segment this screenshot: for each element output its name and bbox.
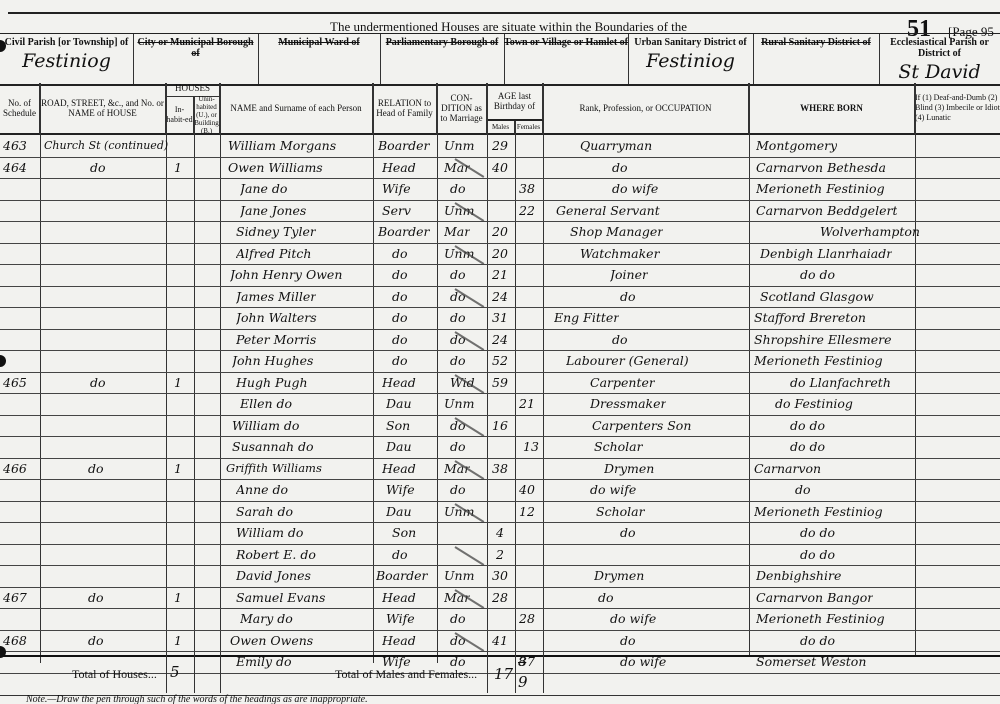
occupation-cell: do wife — [612, 178, 658, 200]
municipal-ward-field: Municipal Ward of — [258, 34, 381, 84]
name-cell: Hugh Pugh — [236, 372, 308, 394]
field-value: St David — [879, 61, 1000, 83]
relation-cell: Boarder — [378, 221, 430, 243]
female-age-cell: 21 — [519, 393, 535, 415]
civil-parish-field: Civil Parish [or Township] of Festiniog — [0, 34, 134, 84]
name-cell: William Morgans — [228, 135, 336, 157]
rural-sanitary-field: Rural Sanitary District of — [753, 34, 880, 84]
col-occupation: Rank, Profession, or OCCUPATION — [543, 83, 749, 135]
schedule-cell: 466 — [3, 458, 27, 480]
relation-cell: Head — [382, 458, 416, 480]
male-age-cell: 38 — [492, 458, 508, 480]
birthplace-cell: Merioneth Festiniog — [754, 350, 883, 372]
road-cell: do — [88, 630, 104, 652]
name-cell: Griffith Williams — [226, 458, 322, 480]
relation-cell: do — [392, 350, 408, 372]
occupation-cell: do — [620, 630, 636, 652]
male-age-cell: 20 — [492, 243, 508, 265]
relation-cell: Wife — [382, 178, 411, 200]
town-village-field: Town or Village or Hamlet of — [504, 34, 629, 84]
occupation-cell: do — [612, 157, 628, 179]
table-row: Jane Jones Serv Unm 22 General Servant C… — [0, 200, 1000, 223]
relation-cell: Boarder — [378, 135, 430, 157]
name-cell: Jane Jones — [240, 200, 306, 222]
relation-cell: Dau — [386, 436, 412, 458]
birthplace-cell: Montgomery — [756, 135, 837, 157]
total-females-struck: 8 — [518, 655, 526, 670]
condition-cell: do — [450, 479, 466, 501]
col-females: Females — [515, 121, 543, 135]
col-relation: RELATION to Head of Family — [373, 83, 437, 135]
road-cell: Church St (continued) — [44, 135, 168, 157]
table-row: John Hughes do do 52 Labourer (General) … — [0, 350, 1000, 373]
relation-cell: do — [392, 329, 408, 351]
name-cell: John Henry Owen — [230, 264, 342, 286]
occupation-cell: Shop Manager — [570, 221, 663, 243]
male-age-cell: 41 — [492, 630, 508, 652]
birthplace-cell: Merioneth Festiniog — [756, 608, 885, 630]
table-row: William do Son 4 do do do — [0, 522, 1000, 545]
name-cell: James Miller — [236, 286, 316, 308]
table-row: Peter Morris do do 24 do Shropshire Elle… — [0, 329, 1000, 352]
relation-cell: Dau — [386, 501, 412, 523]
col-road: ROAD, STREET, &c., and No. or NAME of HO… — [40, 83, 166, 135]
occupation-cell: Labourer (General) — [566, 350, 689, 372]
col-schedule: No. of Schedule — [0, 83, 40, 135]
name-cell: Jane do — [240, 178, 287, 200]
occupation-cell: Joiner — [610, 264, 648, 286]
male-age-cell: 29 — [492, 135, 508, 157]
occupation-cell: General Servant — [556, 200, 660, 222]
relation-cell: Head — [382, 630, 416, 652]
name-cell: William do — [236, 522, 303, 544]
col-name: NAME and Surname of each Person — [220, 83, 373, 135]
table-row: Anne do Wife do 40 do wife do — [0, 479, 1000, 502]
rule — [194, 655, 195, 693]
schedule-cell: 465 — [3, 372, 27, 394]
road-cell: do — [90, 372, 106, 394]
census-page: The undermentioned Houses are situate wi… — [0, 0, 1000, 704]
rule — [515, 655, 516, 693]
birthplace-cell: Denbigh Llanrhaiadr — [760, 243, 892, 265]
name-cell: Sidney Tyler — [236, 221, 316, 243]
top-rule — [8, 12, 1000, 14]
condition-cell: do — [450, 608, 466, 630]
inhabited-cell: 1 — [174, 587, 182, 609]
condition-cell: do — [450, 350, 466, 372]
inhabited-cell: 1 — [174, 372, 182, 394]
total-persons-label: Total of Males and Females... — [335, 667, 477, 682]
relation-cell: Son — [392, 522, 416, 544]
relation-cell: Dau — [386, 393, 412, 415]
condition-cell: Unm — [444, 135, 474, 157]
birthplace-cell: do — [795, 479, 811, 501]
male-age-cell: 30 — [492, 565, 508, 587]
occupation-cell: Dressmaker — [590, 393, 666, 415]
field-label: City or Municipal Borough of — [133, 34, 258, 59]
male-age-cell: 2 — [496, 544, 504, 566]
table-row: James Miller do do 24 do Scotland Glasgo… — [0, 286, 1000, 309]
male-age-cell: 24 — [492, 286, 508, 308]
col-age: AGE last Birthday of — [487, 83, 543, 121]
municipal-borough-field: City or Municipal Borough of — [133, 34, 259, 84]
relation-cell: Boarder — [376, 565, 428, 587]
birthplace-cell: Stafford Brereton — [754, 307, 866, 329]
table-row: Ellen do Dau Unm 21 Dressmaker do Festin… — [0, 393, 1000, 416]
total-houses-label: Total of Houses... — [72, 667, 157, 682]
table-row: Jane do Wife do 38 do wife Merioneth Fes… — [0, 178, 1000, 201]
relation-cell: Son — [386, 415, 410, 437]
female-age-cell: 40 — [519, 479, 535, 501]
relation-cell: Head — [382, 157, 416, 179]
table-row: Sarah do Dau Unm 12 Scholar Merioneth Fe… — [0, 501, 1000, 524]
birthplace-cell: Shropshire Ellesmere — [754, 329, 891, 351]
birthplace-cell: Carnarvon Beddgelert — [756, 200, 897, 222]
total-houses-value: 5 — [170, 663, 180, 681]
inhabited-cell: 1 — [174, 458, 182, 480]
name-cell: Alfred Pitch — [236, 243, 311, 265]
condition-cell: Unm — [444, 565, 474, 587]
relation-cell: do — [392, 286, 408, 308]
relation-cell: do — [392, 307, 408, 329]
name-cell: Owen Owens — [230, 630, 313, 652]
rule — [487, 655, 488, 693]
field-label: Rural Sanitary District of — [753, 34, 879, 48]
table-row: 468 do 1 Owen Owens Head do 41 do do do — [0, 630, 1000, 653]
table-row: 463 Church St (continued) William Morgan… — [0, 135, 1000, 158]
table-row: John Henry Owen do do 21 Joiner do do — [0, 264, 1000, 287]
relation-cell: Head — [382, 587, 416, 609]
occupation-cell: Carpenter — [590, 372, 655, 394]
occupation-cell: do — [620, 522, 636, 544]
occupation-cell: Eng Fitter — [554, 307, 619, 329]
col-infirmity: If (1) Deaf-and-Dumb (2) Blind (3) Imbec… — [915, 83, 1000, 135]
occupation-cell: Carpenters Son — [592, 415, 691, 437]
occupation-cell: Watchmaker — [580, 243, 660, 265]
female-age-cell: 38 — [519, 178, 535, 200]
occupation-cell: Scholar — [594, 436, 643, 458]
female-age-cell: 12 — [519, 501, 535, 523]
name-cell: Mary do — [240, 608, 293, 630]
birthplace-cell: Denbighshire — [756, 565, 841, 587]
name-cell: Anne do — [236, 479, 288, 501]
rule — [220, 655, 221, 693]
birthplace-cell: Merioneth Festiniog — [756, 178, 885, 200]
name-cell: John Hughes — [232, 350, 313, 372]
col-where-born: WHERE BORN — [749, 83, 915, 135]
birthplace-cell: Merioneth Festiniog — [754, 501, 883, 523]
total-males-value: 17 — [494, 665, 513, 683]
birthplace-cell: do do — [800, 630, 835, 652]
table-row: David Jones Boarder Unm 30 Drymen Denbig… — [0, 565, 1000, 588]
field-label: Urban Sanitary District of — [628, 34, 753, 48]
table-row: John Walters do do 31 Eng Fitter Staffor… — [0, 307, 1000, 330]
name-cell: David Jones — [236, 565, 311, 587]
condition-cell: do — [450, 436, 466, 458]
male-age-cell: 31 — [492, 307, 508, 329]
table-row: 465 do 1 Hugh Pugh Head Wid 59 Carpenter… — [0, 372, 1000, 395]
relation-cell: do — [392, 544, 408, 566]
male-age-cell: 59 — [492, 372, 508, 394]
relation-cell: do — [392, 243, 408, 265]
occupation-cell: Drymen — [604, 458, 654, 480]
col-uninhabited: Unin-habited (U.), or Building (B.) — [194, 97, 220, 135]
table-row: Sidney Tyler Boarder Mar 20 Shop Manager… — [0, 221, 1000, 244]
road-cell: do — [88, 458, 104, 480]
condition-cell: Unm — [444, 393, 474, 415]
relation-cell: do — [392, 264, 408, 286]
birthplace-cell: do Llanfachreth — [790, 372, 891, 394]
district-header: Civil Parish [or Township] of Festiniog … — [0, 33, 1000, 86]
occupation-cell: do wife — [610, 608, 656, 630]
inhabited-cell: 1 — [174, 630, 182, 652]
field-label: Town or Village or Hamlet of — [504, 34, 628, 48]
field-label: Parliamentary Borough of — [380, 34, 504, 48]
male-age-cell: 28 — [492, 587, 508, 609]
field-label: Ecclesiastical Parish or District of — [879, 34, 1000, 59]
condition-cell: do — [450, 264, 466, 286]
name-cell: John Walters — [236, 307, 317, 329]
condition-cell: Mar — [444, 221, 470, 243]
male-age-cell: 24 — [492, 329, 508, 351]
name-cell: Robert E. do — [236, 544, 316, 566]
occupation-cell: do wife — [590, 479, 636, 501]
name-cell: Samuel Evans — [236, 587, 325, 609]
birthplace-cell: Carnarvon Bangor — [756, 587, 873, 609]
table-row: Robert E. do do 2 do do — [0, 544, 1000, 567]
birthplace-cell: Carnarvon — [754, 458, 821, 480]
total-females-value: 9 — [518, 673, 528, 691]
condition-cell: do — [450, 178, 466, 200]
male-age-cell: 52 — [492, 350, 508, 372]
name-cell: Susannah do — [232, 436, 314, 458]
occupation-cell: Scholar — [596, 501, 645, 523]
schedule-cell: 468 — [3, 630, 27, 652]
relation-cell: Head — [382, 372, 416, 394]
col-condition: CON-DITION as to Marriage — [437, 83, 487, 135]
occupation-cell: Drymen — [594, 565, 644, 587]
schedule-cell: 467 — [3, 587, 27, 609]
road-cell: do — [90, 157, 106, 179]
relation-cell: Serv — [382, 200, 411, 222]
col-inhabited: In-habit-ed — [166, 97, 194, 135]
name-cell: Sarah do — [236, 501, 293, 523]
field-value: Festiniog — [0, 50, 133, 72]
birthplace-cell: do do — [790, 436, 825, 458]
relation-cell: Wife — [386, 608, 415, 630]
relation-cell: Wife — [386, 479, 415, 501]
table-row: William do Son do 16 Carpenters Son do d… — [0, 415, 1000, 438]
male-age-cell: 40 — [492, 157, 508, 179]
birthplace-cell: Wolverhampton — [820, 221, 920, 243]
birthplace-cell: Scotland Glasgow — [760, 286, 874, 308]
field-value: Festiniog — [628, 50, 753, 72]
birthplace-cell: do do — [800, 264, 835, 286]
schedule-cell: 463 — [3, 135, 27, 157]
table-row: Mary do Wife do 28 do wife Merioneth Fes… — [0, 608, 1000, 631]
table-row: 464 do 1 Owen Williams Head Mar 40 do Ca… — [0, 157, 1000, 180]
totals-row: Total of Houses... 5 Total of Males and … — [0, 655, 1000, 696]
footnote: Note.—Draw the pen through such of the w… — [26, 694, 368, 704]
table-row: 466 do 1 Griffith Williams Head Mar 38 D… — [0, 458, 1000, 481]
birthplace-cell: do Festiniog — [775, 393, 853, 415]
female-age-cell: 28 — [519, 608, 535, 630]
male-age-cell: 20 — [492, 221, 508, 243]
ecclesiastical-parish-field: Ecclesiastical Parish or District of St … — [879, 34, 1000, 84]
occupation-cell: do — [598, 587, 614, 609]
table-row: Alfred Pitch do Unm 20 Watchmaker Denbig… — [0, 243, 1000, 266]
rule — [166, 655, 167, 693]
rule — [543, 655, 544, 693]
occupation-cell: Quarryman — [580, 135, 652, 157]
name-cell: Owen Williams — [228, 157, 323, 179]
road-cell: do — [88, 587, 104, 609]
parliamentary-borough-field: Parliamentary Borough of — [380, 34, 505, 84]
birthplace-cell: do do — [790, 415, 825, 437]
col-males: Males — [487, 121, 515, 135]
male-age-cell: 21 — [492, 264, 508, 286]
schedule-cell: 464 — [3, 157, 27, 179]
occupation-cell: do — [612, 329, 628, 351]
name-cell: William do — [232, 415, 299, 437]
birthplace-cell: do do — [800, 522, 835, 544]
male-age-cell: 16 — [492, 415, 508, 437]
field-label: Civil Parish [or Township] of — [0, 34, 133, 48]
female-age-cell: 13 — [523, 436, 539, 458]
female-age-cell: 22 — [519, 200, 535, 222]
table-row: Susannah do Dau do 13 Scholar do do — [0, 436, 1000, 459]
birthplace-cell: do do — [800, 544, 835, 566]
table-row: 467 do 1 Samuel Evans Head Mar 28 do Car… — [0, 587, 1000, 610]
condition-cell: do — [450, 307, 466, 329]
inhabited-cell: 1 — [174, 157, 182, 179]
urban-sanitary-field: Urban Sanitary District of Festiniog — [628, 34, 754, 84]
occupation-cell: do — [620, 286, 636, 308]
male-age-cell: 4 — [496, 522, 504, 544]
field-label: Municipal Ward of — [258, 34, 380, 48]
name-cell: Peter Morris — [236, 329, 316, 351]
birthplace-cell: Carnarvon Bethesda — [756, 157, 886, 179]
name-cell: Ellen do — [240, 393, 292, 415]
